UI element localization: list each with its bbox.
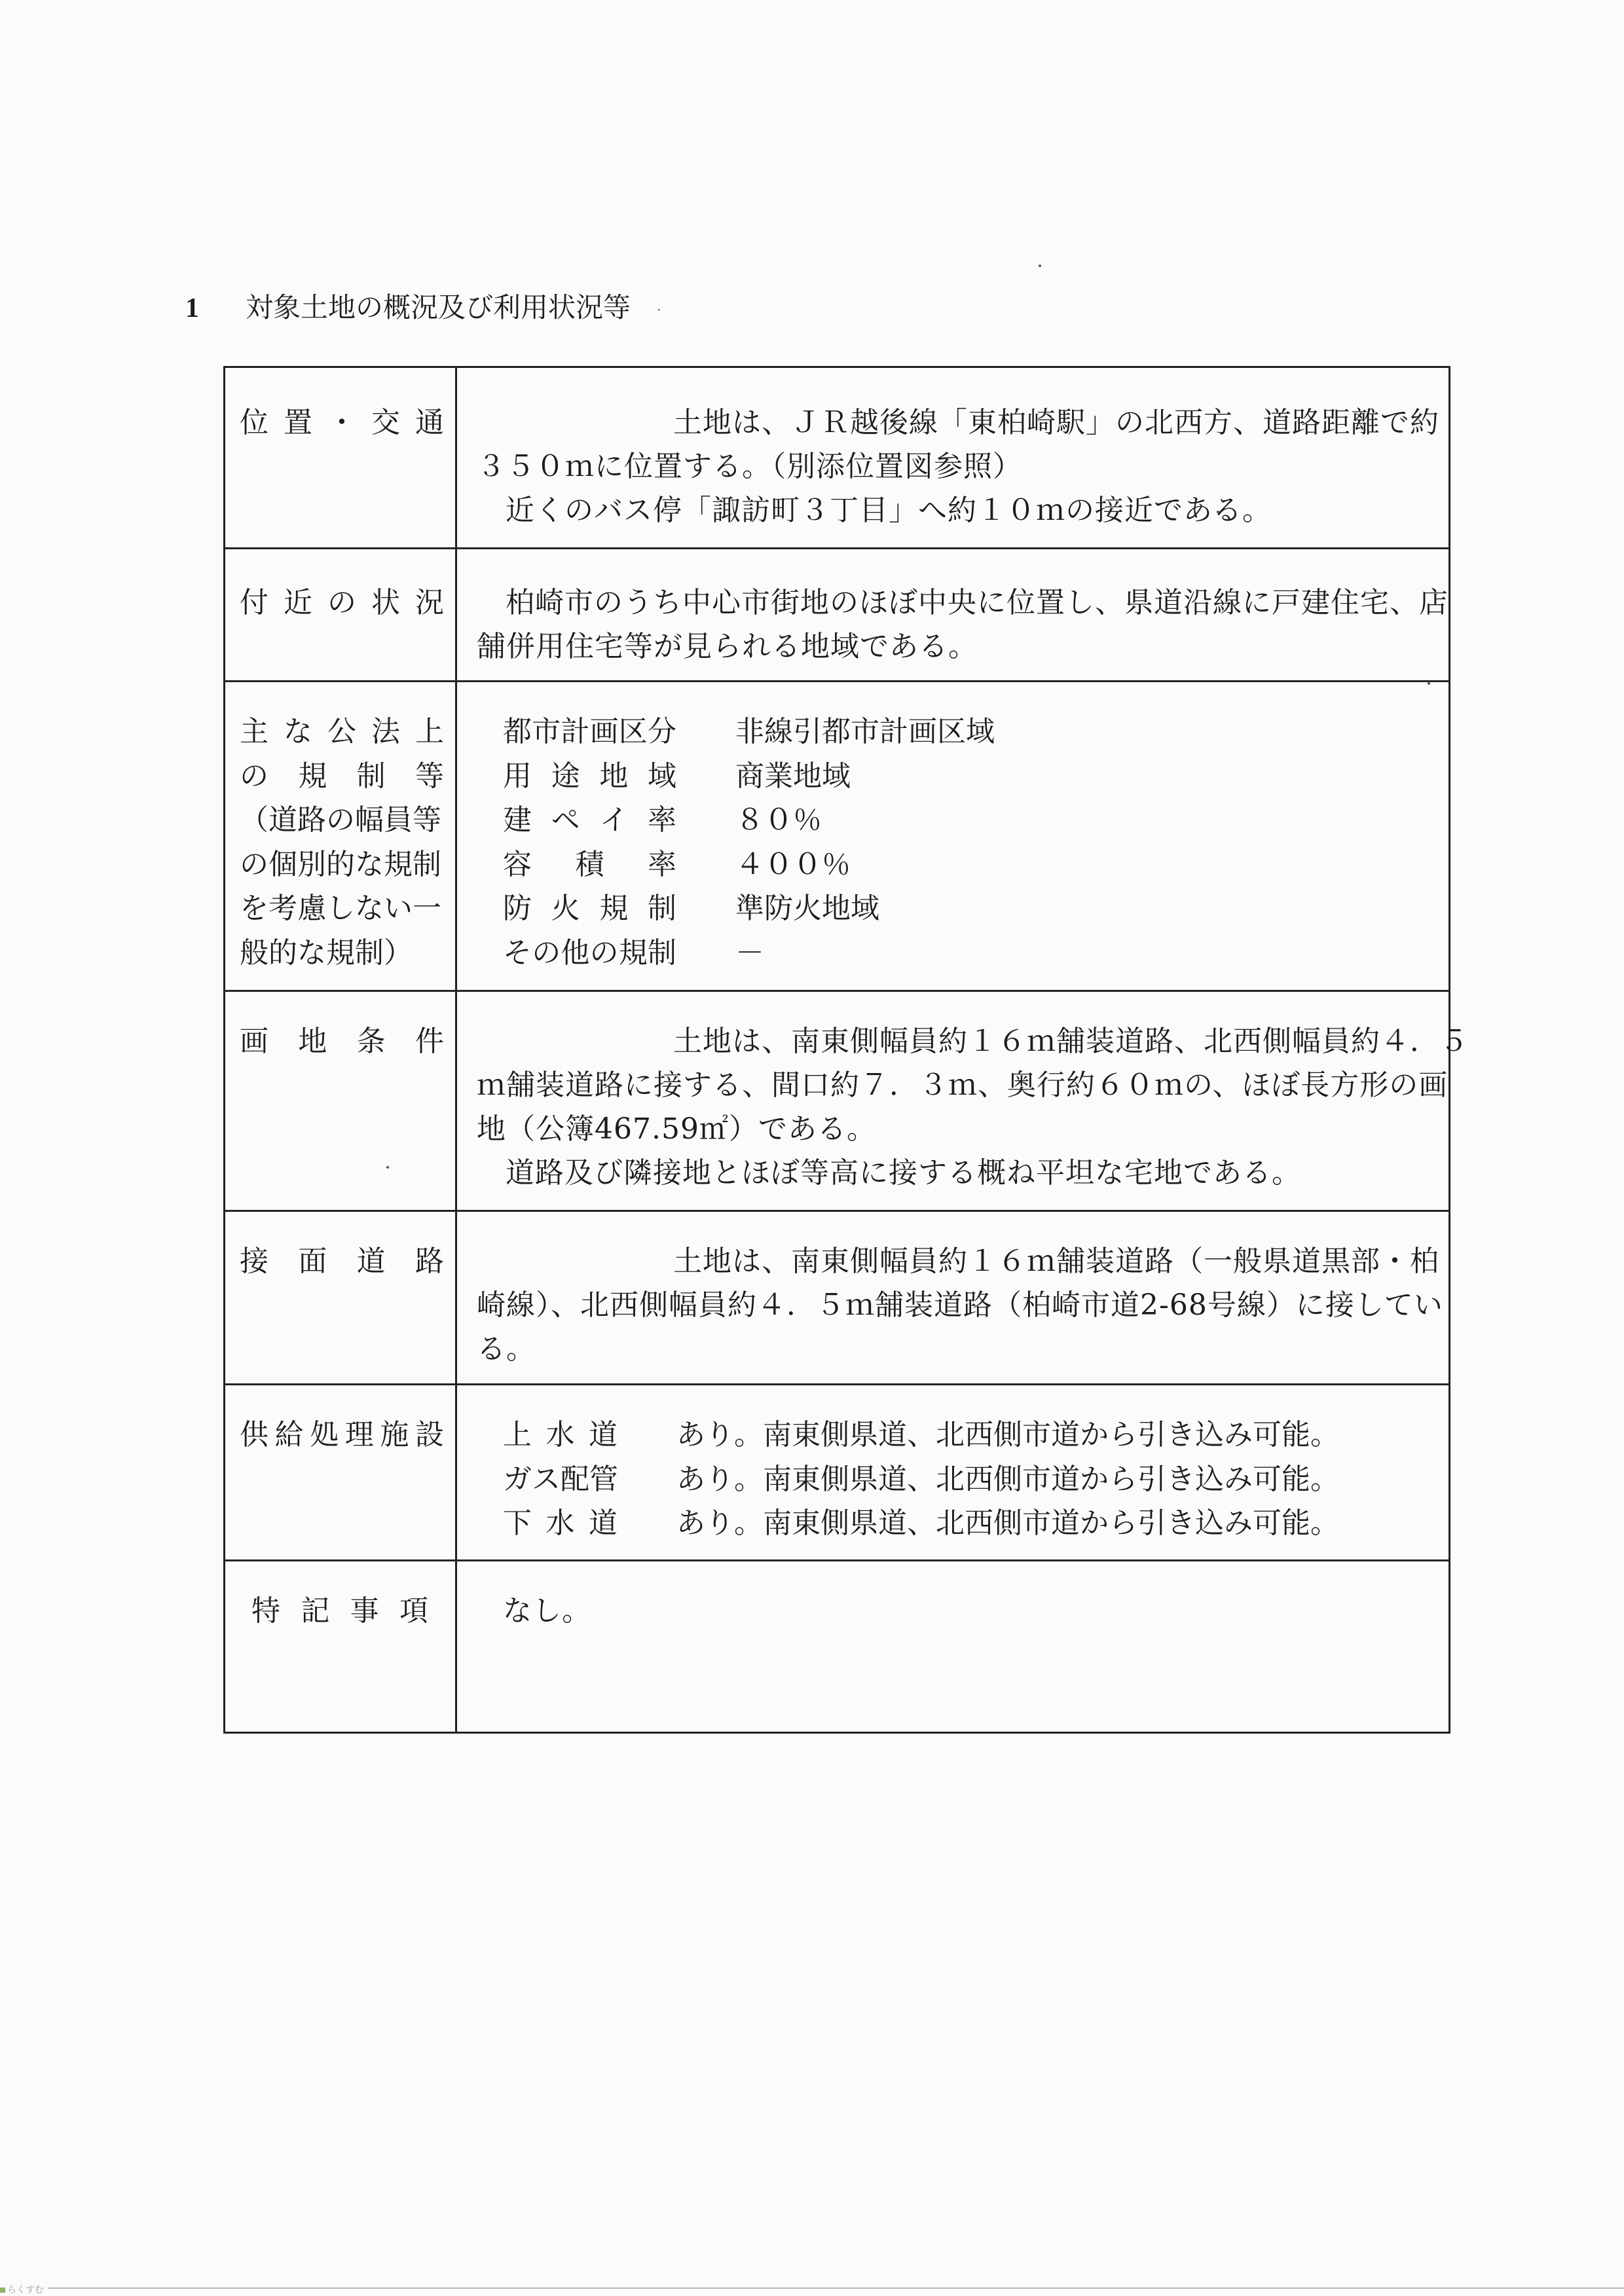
regulation-key: 防火規制 xyxy=(503,886,676,931)
regulation-value: 商業地域 xyxy=(735,754,851,799)
row-label: 位置・交通 xyxy=(240,401,444,445)
logo-mark-icon xyxy=(0,2287,5,2293)
content-line: 崎線）、北西側幅員約４．５ｍ舗装道路（柏崎市道2-68号線）に接してい xyxy=(477,1283,1422,1327)
content-line: 土地は、南東側幅員約１６ｍ舗装道路、北西側幅員約４．５ xyxy=(477,1019,1422,1063)
table-row-surroundings: 付近の状況 柏崎市のうち中心市街地のほぼ中央に位置し、県道沿線に戸建住宅、店 舗… xyxy=(225,549,1449,682)
footer-rule xyxy=(0,2287,1624,2289)
content-line: 土地は、南東側幅員約１６ｍ舗装道路（一般県道黒部・柏 xyxy=(477,1239,1422,1283)
utility-value: あり。南東側県道、北西側市道から引き込み可能。 xyxy=(676,1501,1339,1546)
row-content-cell: 土地は、南東側幅員約１６ｍ舗装道路（一般県道黒部・柏 崎線）、北西側幅員約４．５… xyxy=(457,1212,1449,1383)
row-label-cell: 画地条件 xyxy=(225,992,457,1210)
utility-value: あり。南東側県道、北西側市道から引き込み可能。 xyxy=(676,1457,1339,1502)
regulation-value: － xyxy=(735,931,764,975)
row-content-cell: なし。 xyxy=(457,1561,1449,1732)
row-label: 特記事項 xyxy=(251,1589,428,1633)
row-label-cell: 位置・交通 xyxy=(225,368,457,547)
content-line: 地（公簿467.59㎡）である。 xyxy=(477,1107,1422,1151)
content-line: 土地は、ＪＲ越後線「東柏崎駅」の北西方、道路距離で約 xyxy=(477,401,1422,445)
row-label-cell: 特記事項 xyxy=(225,1561,457,1732)
table-row-regulations: 主な公法上 の規制等 （道路の幅員等 の個別的な規制 を考慮しない一 般的な規制… xyxy=(225,682,1449,992)
table-row-utilities: 供給処理施設 上水道 あり。南東側県道、北西側市道から引き込み可能。 ガス配管 … xyxy=(225,1385,1449,1561)
utility-item: 上水道 あり。南東側県道、北西側市道から引き込み可能。 xyxy=(503,1413,1339,1457)
content-line: ３５０ｍに位置する。（別添位置図参照） xyxy=(477,445,1422,488)
content-line: 道路及び隣接地とほぼ等高に接する概ね平坦な宅地である。 xyxy=(477,1151,1422,1195)
content-line: 柏崎市のうち中心市街地のほぼ中央に位置し、県道沿線に戸建住宅、店 xyxy=(477,581,1422,625)
regulation-value: ８０％ xyxy=(735,798,822,843)
row-label: 画地条件 xyxy=(240,1019,444,1063)
row-label-cell: 接面道路 xyxy=(225,1212,457,1383)
section-title: 対象土地の概況及び利用状況等 xyxy=(246,291,631,323)
content-line: る。 xyxy=(477,1327,1422,1371)
utility-item: ガス配管 あり。南東側県道、北西側市道から引き込み可能。 xyxy=(503,1457,1339,1502)
row-label-cell: 主な公法上 の規制等 （道路の幅員等 の個別的な規制 を考慮しない一 般的な規制… xyxy=(225,682,457,990)
speck: · xyxy=(657,291,661,328)
row-label-line: の規制等 xyxy=(240,754,444,799)
row-label-cell: 供給処理施設 xyxy=(225,1385,457,1559)
table-row-location: 位置・交通 土地は、ＪＲ越後線「東柏崎駅」の北西方、道路距離で約 ３５０ｍに位置… xyxy=(225,368,1449,549)
regulation-key: 建ペイ率 xyxy=(503,798,676,843)
row-label-line: を考慮しない一 xyxy=(240,886,444,931)
row-label-line: （道路の幅員等 xyxy=(240,798,444,843)
regulation-key: 用途地域 xyxy=(503,754,676,799)
utility-key: 下水道 xyxy=(503,1501,618,1546)
regulation-value: 準防火地域 xyxy=(735,886,879,931)
regulation-key: その他の規制 xyxy=(503,931,676,975)
footer-logo: らくすむ xyxy=(0,2283,48,2296)
row-label-cell: 付近の状況 xyxy=(225,549,457,680)
row-content-cell: 都市計画区分 非線引都市計画区域 用途地域 商業地域 建ペイ率 ８０％ 容積率 … xyxy=(457,682,1449,990)
content-line: 舗併用住宅等が見られる地域である。 xyxy=(477,625,1422,668)
regulation-item: 防火規制 準防火地域 xyxy=(503,886,995,931)
table-row-frontage-road: 接面道路 土地は、南東側幅員約１６ｍ舗装道路（一般県道黒部・柏 崎線）、北西側幅… xyxy=(225,1212,1449,1385)
section-number: 1 xyxy=(185,290,246,327)
utility-key: 上水道 xyxy=(503,1413,618,1457)
footer-logo-text: らくすむ xyxy=(7,2285,44,2295)
row-content-cell: 上水道 あり。南東側県道、北西側市道から引き込み可能。 ガス配管 あり。南東側県… xyxy=(457,1385,1449,1559)
table-row-special-notes: 特記事項 なし。 xyxy=(225,1561,1449,1732)
utility-value: あり。南東側県道、北西側市道から引き込み可能。 xyxy=(676,1413,1339,1457)
regulation-value: 非線引都市計画区域 xyxy=(735,710,995,754)
regulation-item: 建ペイ率 ８０％ xyxy=(503,798,995,843)
utility-key: ガス配管 xyxy=(503,1457,618,1502)
row-content-cell: 土地は、南東側幅員約１６ｍ舗装道路、北西側幅員約４．５ ｍ舗装道路に接する、間口… xyxy=(457,992,1449,1210)
row-label-line: 主な公法上 xyxy=(240,710,444,754)
land-overview-table: 位置・交通 土地は、ＪＲ越後線「東柏崎駅」の北西方、道路距離で約 ３５０ｍに位置… xyxy=(223,366,1450,1734)
content-line: なし。 xyxy=(503,1589,1422,1633)
row-label-line: 般的な規制） xyxy=(240,931,444,975)
row-label: 供給処理施設 xyxy=(240,1413,444,1457)
row-content-cell: 土地は、ＪＲ越後線「東柏崎駅」の北西方、道路距離で約 ３５０ｍに位置する。（別添… xyxy=(457,368,1449,547)
utility-item: 下水道 あり。南東側県道、北西側市道から引き込み可能。 xyxy=(503,1501,1339,1546)
row-label-line: の個別的な規制 xyxy=(240,843,444,887)
content-line: 近くのバス停「諏訪町３丁目」へ約１０ｍの接近である。 xyxy=(477,488,1422,532)
regulation-key: 容積率 xyxy=(503,843,676,887)
section-heading: 1対象土地の概況及び利用状況等· xyxy=(185,289,661,328)
regulation-item: その他の規制 － xyxy=(503,931,995,975)
row-label: 付近の状況 xyxy=(240,581,444,625)
regulation-item: 用途地域 商業地域 xyxy=(503,754,995,799)
regulation-item: 容積率 ４００％ xyxy=(503,843,995,887)
regulation-item: 都市計画区分 非線引都市計画区域 xyxy=(503,710,995,754)
row-label: 接面道路 xyxy=(240,1239,444,1283)
regulation-value: ４００％ xyxy=(735,843,851,887)
table-row-lot-conditions: 画地条件 土地は、南東側幅員約１６ｍ舗装道路、北西側幅員約４．５ ｍ舗装道路に接… xyxy=(225,992,1449,1212)
regulation-key: 都市計画区分 xyxy=(503,710,676,754)
content-line: ｍ舗装道路に接する、間口約７．３ｍ、奥行約６０ｍの、ほぼ長方形の画 xyxy=(477,1063,1422,1107)
row-content-cell: 柏崎市のうち中心市街地のほぼ中央に位置し、県道沿線に戸建住宅、店 舗併用住宅等が… xyxy=(457,549,1449,680)
